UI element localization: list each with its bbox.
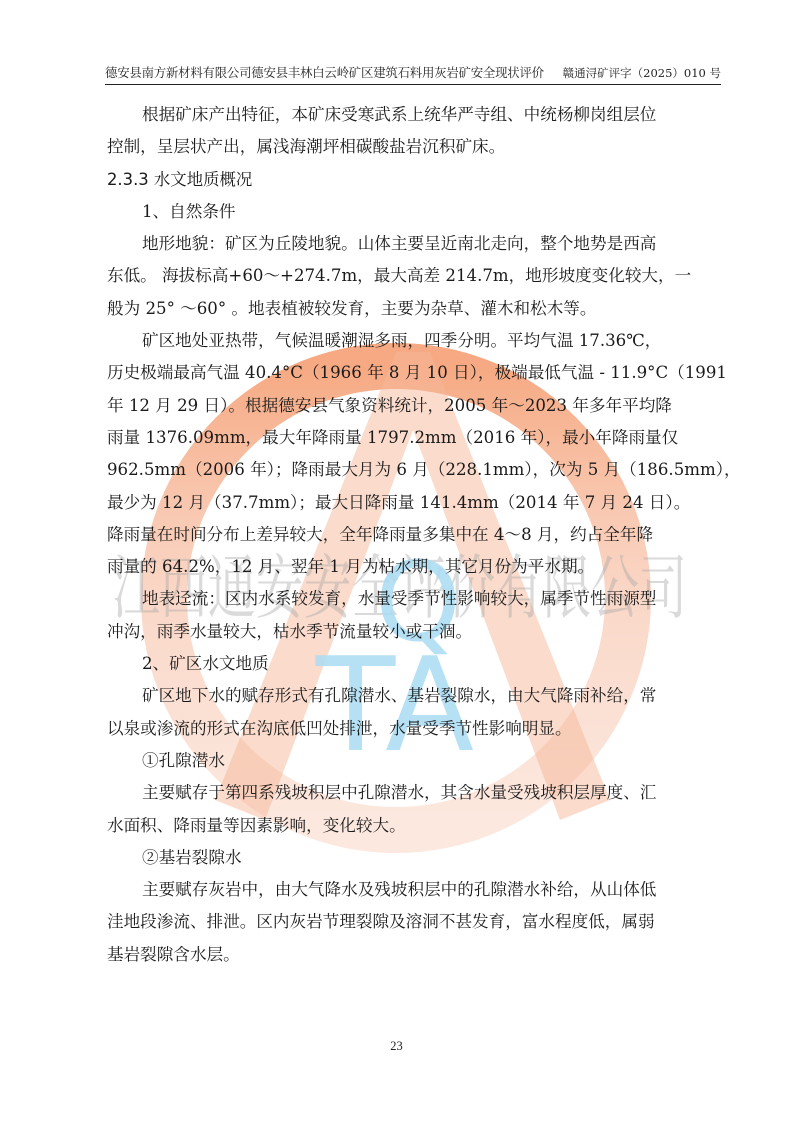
paragraph-line: 矿区地下水的赋存形式有孔隙潜水、基岩裂隙水，由大气降雨补给，常 [107, 680, 720, 712]
paragraph-line: 主要赋存于第四系残坡积层中孔隙潜水，其含水量受残坡积层厚度、汇 [107, 777, 720, 809]
paragraph-line: 降雨量在时间分布上差异较大，全年降雨量多集中在 4～8 月，约占全年降 [107, 519, 720, 551]
paragraph-line: 雨量的 64.2%，12 月、翌年 1 月为枯水期，其它月份为平水期。 [107, 551, 720, 583]
document-page: 德安县南方新材料有限公司德安县丰林白云岭矿区建筑石料用灰岩矿安全现状评价 赣通浔… [0, 0, 793, 1122]
paragraph-line: 水面积、降雨量等因素影响，变化较大。 [107, 810, 720, 842]
paragraph-line: 历史极端最高气温 40.4°C（1966 年 8 月 10 日），极端最低气温 … [107, 357, 720, 389]
item-title: ②基岩裂隙水 [107, 842, 720, 874]
paragraph-line: 般为 25° ～60° 。地表植被较发育，主要为杂草、灌木和松木等。 [107, 293, 720, 325]
subsection-title: 1、自然条件 [107, 196, 720, 228]
paragraph-line: 控制，呈层状产出，属浅海潮坪相碳酸盐岩沉积矿床。 [107, 131, 720, 163]
report-title: 德安县南方新材料有限公司德安县丰林白云岭矿区建筑石料用灰岩矿安全现状评价 [105, 63, 544, 81]
document-body: 根据矿床产出特征，本矿床受寒武系上统华严寺组、中统杨柳岗组层位 控制，呈层状产出… [107, 99, 720, 971]
page-number: 23 [0, 1039, 793, 1054]
page-header: 德安县南方新材料有限公司德安县丰林白云岭矿区建筑石料用灰岩矿安全现状评价 赣通浔… [105, 64, 721, 85]
paragraph-line: 洼地段渗流、排泄。区内灰岩节理裂隙及溶洞不甚发育，富水程度低，属弱 [107, 906, 720, 938]
item-title: ①孔隙潜水 [107, 745, 720, 777]
paragraph-line: 雨量 1376.09mm，最大年降雨量 1797.2mm（2016 年），最小年… [107, 422, 720, 454]
paragraph-line: 基岩裂隙含水层。 [107, 939, 720, 971]
paragraph-line: 冲沟，雨季水量较大，枯水季节流量较小或干涸。 [107, 616, 720, 648]
paragraph-line: 根据矿床产出特征，本矿床受寒武系上统华严寺组、中统杨柳岗组层位 [107, 99, 720, 131]
paragraph-line: 地形地貌：矿区为丘陵地貌。山体主要呈近南北走向，整个地势是西高 [107, 228, 720, 260]
paragraph-line: 最少为 12 月（37.7mm）；最大日降雨量 141.4mm（2014 年 7… [107, 487, 720, 519]
paragraph-line: 以泉或渗流的形式在沟底低凹处排泄，水量受季节性影响明显。 [107, 713, 720, 745]
paragraph-line: 矿区地处亚热带，气候温暖潮湿多雨，四季分明。平均气温 17.36℃， [107, 325, 720, 357]
section-heading: 2.3.3 水文地质概况 [107, 164, 720, 196]
subsection-title: 2、矿区水文地质 [107, 648, 720, 680]
paragraph-line: 地表迳流：区内水系较发育，水量受季节性影响较大，属季节性雨源型 [107, 583, 720, 615]
document-code: 赣通浔矿评字（2025）010 号 [563, 65, 721, 81]
paragraph-line: 962.5mm（2006 年）；降雨最大月为 6 月（228.1mm），次为 5… [107, 454, 720, 486]
paragraph-line: 年 12 月 29 日）。根据德安县气象资料统计，2005 年～2023 年多年… [107, 390, 720, 422]
paragraph-line: 东低。 海拔标高+60～+274.7m，最大高差 214.7m，地形坡度变化较大… [107, 260, 720, 292]
paragraph-line: 主要赋存灰岩中，由大气降水及残坡积层中的孔隙潜水补给，从山体低 [107, 874, 720, 906]
